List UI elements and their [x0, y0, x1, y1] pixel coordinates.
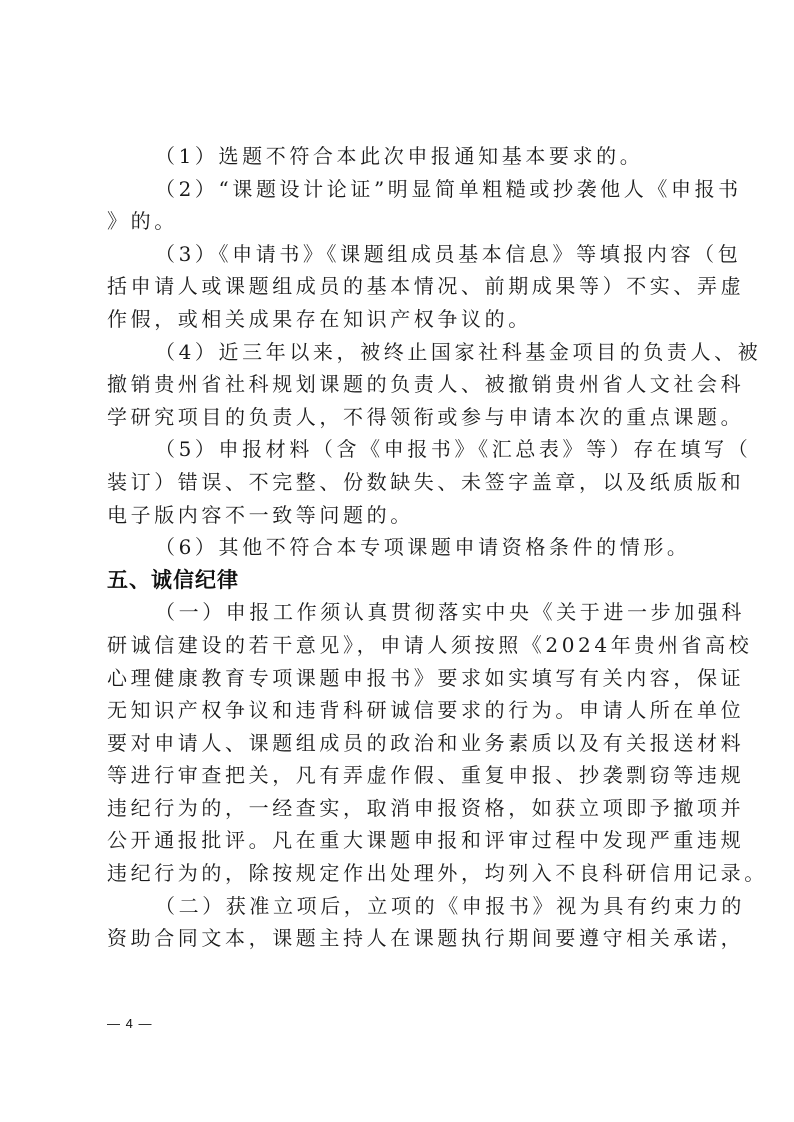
- document-body: （1）选题不符合本此次申报通知基本要求的。 （2）“课题设计论证”明显简单粗糙或…: [107, 140, 697, 955]
- document-page: （1）选题不符合本此次申报通知基本要求的。 （2）“课题设计论证”明显简单粗糙或…: [0, 0, 794, 1122]
- para-2-line: （二）获准立项后，立项的《申报书》视为具有约束力的: [107, 890, 697, 923]
- para-1-line-cont: 要对申请人、课题组成员的政治和业务素质以及有关报送材料: [107, 727, 697, 760]
- item-4-line-cont: 学研究项目的负责人，不得领衔或参与申请本次的重点课题。: [107, 401, 697, 434]
- para-1-line-cont: 等进行审查把关，凡有弄虚作假、重复申报、抄袭剽窃等违规: [107, 759, 697, 792]
- para-2-line-cont: 资助合同文本，课题主持人在课题执行期间要遵守相关承诺，: [107, 922, 697, 955]
- item-2-line: （2）“课题设计论证”明显简单粗糙或抄袭他人《申报书: [107, 173, 697, 206]
- item-4-line-cont: 撤销贵州省社科规划课题的负责人、被撤销贵州省人文社会科: [107, 368, 697, 401]
- para-1-line-cont: 违纪行为的，一经查实，取消申报资格，如获立项即予撤项并: [107, 792, 697, 825]
- item-5-line-cont: 电子版内容不一致等问题的。: [107, 499, 697, 532]
- item-1-line: （1）选题不符合本此次申报通知基本要求的。: [107, 140, 697, 173]
- para-1-line-cont: 违纪行为的，除按规定作出处理外，均列入不良科研信用记录。: [107, 857, 697, 890]
- item-3-line: （3）《申请书》《课题组成员基本信息》等填报内容（包: [107, 238, 697, 271]
- section-heading: 五、诚信纪律: [107, 564, 697, 597]
- item-3-line-cont: 作假，或相关成果存在知识产权争议的。: [107, 303, 697, 336]
- page-number: — 4 —: [107, 1016, 152, 1031]
- para-1-line: （一）申报工作须认真贯彻落实中央《关于进一步加强科: [107, 596, 697, 629]
- item-5-line-cont: 装订）错误、不完整、份数缺失、未签字盖章，以及纸质版和: [107, 466, 697, 499]
- item-3-line-cont: 括申请人或课题组成员的基本情况、前期成果等）不实、弄虚: [107, 270, 697, 303]
- para-1-line-cont: 心理健康教育专项课题申报书》要求如实填写有关内容，保证: [107, 662, 697, 695]
- para-1-line-cont: 无知识产权争议和违背科研诚信要求的行为。申请人所在单位: [107, 694, 697, 727]
- item-2-line-cont: 》的。: [107, 205, 697, 238]
- item-4-line: （4）近三年以来，被终止国家社科基金项目的负责人、被: [107, 336, 697, 369]
- item-5-line: （5）申报材料（含《申报书》《汇总表》等）存在填写（: [107, 433, 697, 466]
- para-1-line-cont: 研诚信建设的若干意见》，申请人须按照《2024年贵州省高校: [107, 629, 697, 662]
- item-6-line: （6）其他不符合本专项课题申请资格条件的情形。: [107, 531, 697, 564]
- para-1-line-cont: 公开通报批评。凡在重大课题申报和评审过程中发现严重违规: [107, 824, 697, 857]
